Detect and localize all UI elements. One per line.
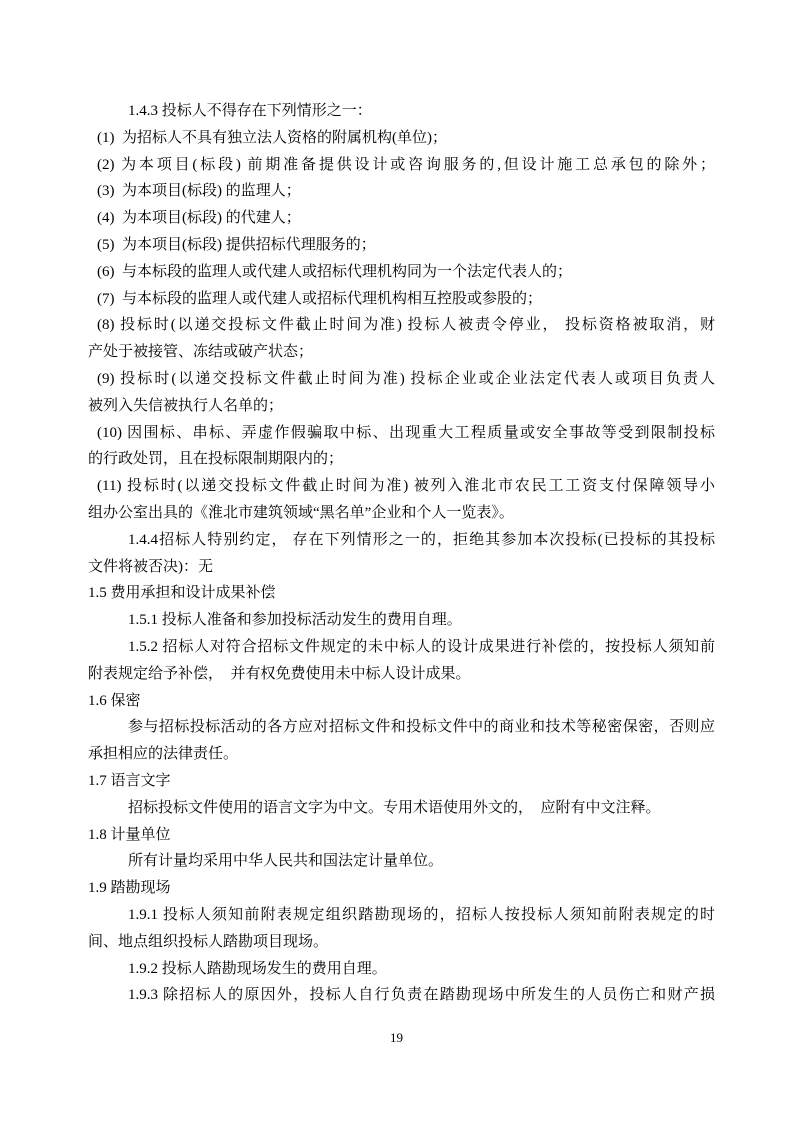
text-line: 1.5.2 招标人对符合招标文件规定的未中标人的设计成果进行补偿的，按投标人须知… xyxy=(88,634,715,661)
text-line: (7) 与本标段的监理人或代建人或招标代理机构相互控股或参股的； xyxy=(88,286,715,313)
text-line: (9) 投标时(以递交投标文件截止时间为准) 投标企业或企业法定代表人或项目负责… xyxy=(88,366,715,393)
text-line: 产处于被接管、冻结或破产状态； xyxy=(88,339,715,366)
section-heading: 1.5 费用承担和设计成果补偿 xyxy=(88,580,715,607)
text-line: 1.9.3 除招标人的原因外，投标人自行负责在踏勘现场中所发生的人员伤亡和财产损 xyxy=(88,982,715,1009)
text-line: 被列入失信被执行人名单的； xyxy=(88,393,715,420)
text-line: 组办公室出具的《淮北市建筑领域“黑名单”企业和个人一览表》。 xyxy=(88,500,715,527)
text-line: 1.5.1 投标人准备和参加投标活动发生的费用自理。 xyxy=(88,607,715,634)
text-line: 所有计量均采用中华人民共和国法定计量单位。 xyxy=(88,848,715,875)
document-page: 1.4.3 投标人不得存在下列情形之一：(1) 为招标人不具有独立法人资格的附属… xyxy=(0,0,793,1123)
text-line: 1.4.4招标人特别约定， 存在下列情形之一的，拒绝其参加本次投标(已投标的其投… xyxy=(88,527,715,554)
text-line: 的行政处罚，且在投标限制期限内的； xyxy=(88,446,715,473)
section-heading: 1.7 语言文字 xyxy=(88,768,715,795)
text-line: 附表规定给予补偿， 并有权免费使用未中标人设计成果。 xyxy=(88,661,715,688)
text-line: (8) 投标时(以递交投标文件截止时间为准) 投标人被责令停业， 投标资格被取消… xyxy=(88,312,715,339)
text-line: 间、地点组织投标人踏勘项目现场。 xyxy=(88,929,715,956)
text-line: (6) 与本标段的监理人或代建人或招标代理机构同为一个法定代表人的； xyxy=(88,259,715,286)
section-heading: 1.6 保密 xyxy=(88,688,715,715)
text-line: (1) 为招标人不具有独立法人资格的附属机构(单位)； xyxy=(88,125,715,152)
text-line: (11) 投标时(以递交投标文件截止时间为准) 被列入淮北市农民工工资支付保障领… xyxy=(88,473,715,500)
section-heading: 1.9 踏勘现场 xyxy=(88,875,715,902)
text-line: 1.9.2 投标人踏勘现场发生的费用自理。 xyxy=(88,956,715,983)
document-body: 1.4.3 投标人不得存在下列情形之一：(1) 为招标人不具有独立法人资格的附属… xyxy=(88,98,715,1009)
text-line: (2) 为本项目(标段) 前期准备提供设计或咨询服务的,但设计施工总承包的除外； xyxy=(88,152,715,179)
text-line: 1.9.1 投标人须知前附表规定组织踏勘现场的，招标人按投标人须知前附表规定的时 xyxy=(88,902,715,929)
text-line: 承担相应的法律责任。 xyxy=(88,741,715,768)
text-line: (5) 为本项目(标段) 提供招标代理服务的； xyxy=(88,232,715,259)
text-line: (4) 为本项目(标段) 的代建人； xyxy=(88,205,715,232)
text-line: 1.4.3 投标人不得存在下列情形之一： xyxy=(88,98,715,125)
text-line: (10) 因围标、串标、弄虚作假骗取中标、出现重大工程质量或安全事故等受到限制投… xyxy=(88,420,715,447)
section-heading: 1.8 计量单位 xyxy=(88,822,715,849)
page-number: 19 xyxy=(0,1029,793,1046)
text-line: 文件将被否决)：无 xyxy=(88,554,715,581)
text-line: (3) 为本项目(标段) 的监理人； xyxy=(88,178,715,205)
text-line: 参与招标投标活动的各方应对招标文件和投标文件中的商业和技术等秘密保密，否则应 xyxy=(88,714,715,741)
text-line: 招标投标文件使用的语言文字为中文。专用术语使用外文的， 应附有中文注释。 xyxy=(88,795,715,822)
